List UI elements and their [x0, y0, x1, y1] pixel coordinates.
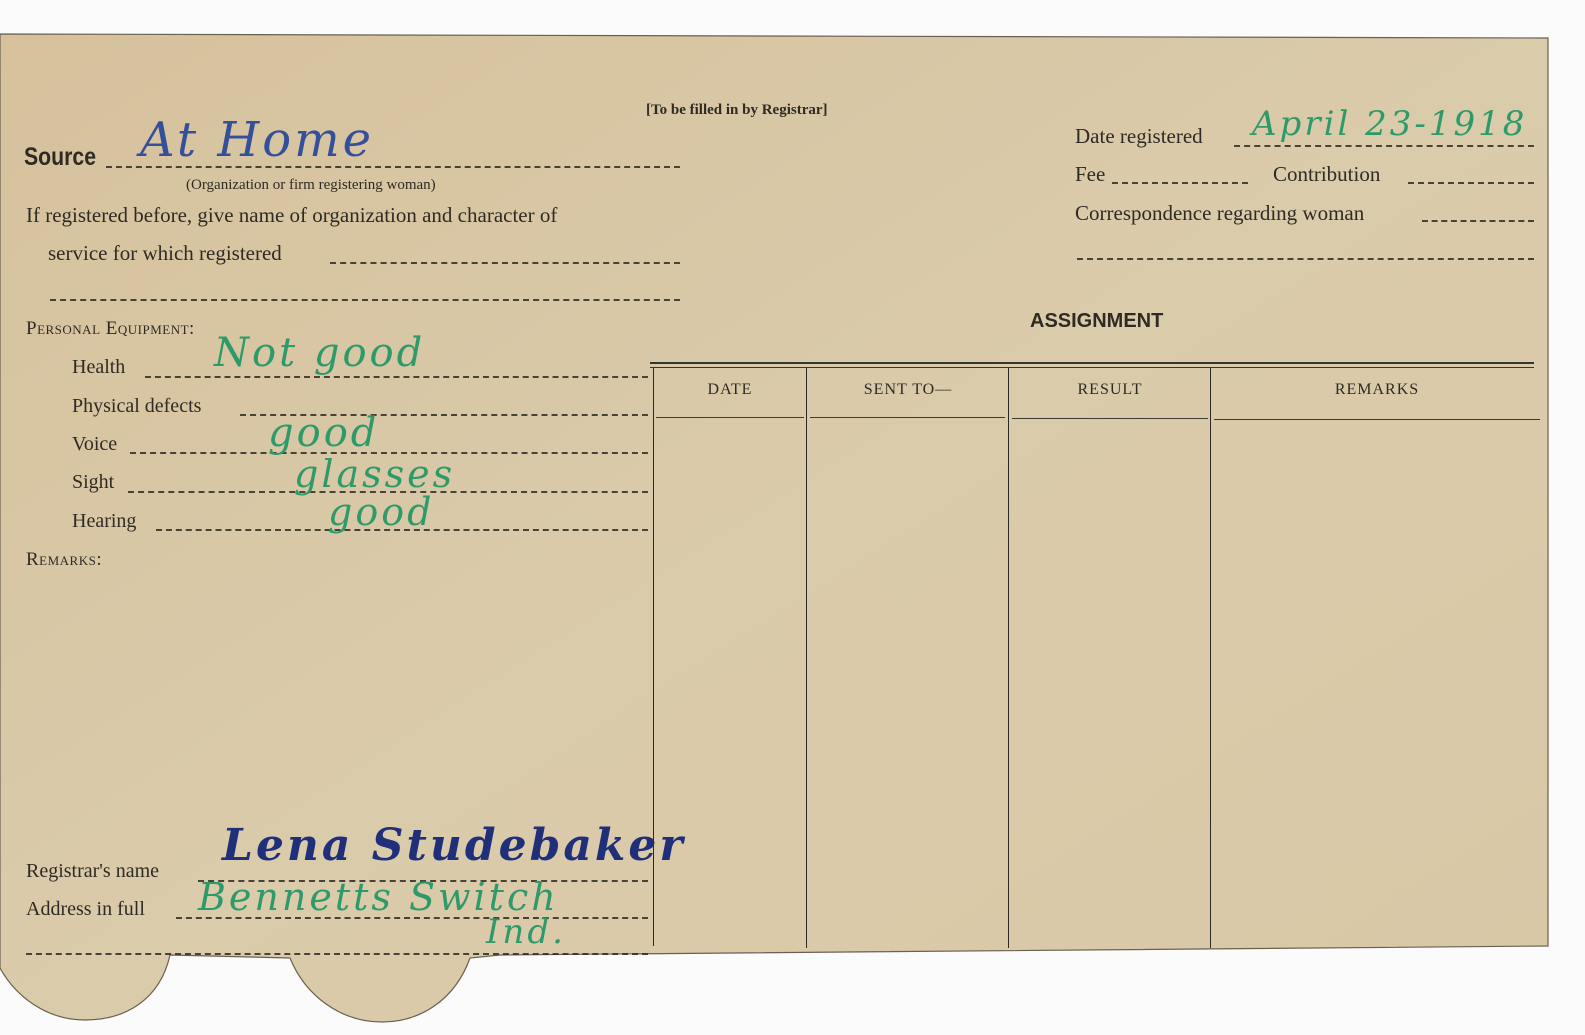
previous-registration-line-2[interactable]: [50, 299, 680, 301]
contribution-label: Contribution: [1273, 162, 1380, 187]
correspondence-line-2[interactable]: [1077, 258, 1534, 260]
health-field[interactable]: Not good: [214, 330, 425, 376]
header-underline-sent-to: [810, 417, 1005, 418]
header-underline-date: [656, 417, 804, 418]
address-field-2[interactable]: Ind.: [486, 912, 566, 952]
column-divider-3: [1210, 368, 1211, 948]
column-header-result: RESULT: [1010, 381, 1210, 399]
voice-field[interactable]: good: [268, 410, 379, 456]
column-header-sent-to: SENT TO—: [808, 381, 1008, 399]
address-label: Address in full: [26, 898, 145, 921]
header-underline-remarks: [1214, 419, 1540, 420]
source-field[interactable]: At Home: [140, 112, 374, 168]
column-header-date: DATE: [655, 381, 805, 399]
source-label: Source: [24, 143, 96, 172]
assignment-top-rule: [650, 362, 1534, 364]
personal-equipment-heading: Personal Equipment:: [26, 318, 195, 340]
health-line: [145, 376, 648, 378]
registrar-name-label: Registrar's name: [26, 860, 159, 883]
registrar-note: [To be filled in by Registrar]: [646, 102, 828, 119]
previous-registration-label-2: service for which registered: [48, 241, 282, 266]
correspondence-field[interactable]: [1422, 220, 1534, 222]
date-registered-field[interactable]: April 23-1918: [1252, 104, 1527, 144]
date-registered-line: [1234, 145, 1534, 147]
column-header-remarks: REMARKS: [1212, 381, 1542, 399]
correspondence-label: Correspondence regarding woman: [1075, 201, 1364, 226]
column-divider-1: [806, 368, 807, 948]
fee-field[interactable]: [1112, 182, 1248, 184]
hearing-label: Hearing: [72, 510, 136, 533]
remarks-heading: Remarks:: [26, 549, 102, 571]
previous-registration-line-1[interactable]: [330, 262, 680, 264]
assignment-result-cell[interactable]: [1012, 422, 1208, 942]
date-registered-label: Date registered: [1075, 124, 1203, 149]
remarks-area[interactable]: [26, 580, 646, 840]
assignment-sent-to-cell[interactable]: [810, 422, 1006, 942]
assignment-title: ASSIGNMENT: [1030, 310, 1163, 333]
previous-registration-label-1: If registered before, give name of organ…: [26, 203, 557, 228]
hearing-field[interactable]: good: [328, 490, 434, 534]
header-underline-result: [1012, 418, 1208, 419]
physical-defects-label: Physical defects: [72, 395, 201, 418]
assignment-top-rule-thin: [650, 367, 1534, 368]
column-divider-2: [1008, 368, 1009, 948]
contribution-field[interactable]: [1408, 182, 1534, 184]
assignment-remarks-cell[interactable]: [1214, 422, 1540, 942]
health-label: Health: [72, 356, 125, 379]
source-caption: (Organization or firm registering woman): [186, 177, 436, 194]
fee-label: Fee: [1075, 162, 1105, 187]
voice-label: Voice: [72, 433, 117, 456]
address-line-2: [26, 953, 648, 955]
sight-label: Sight: [72, 471, 114, 494]
registrar-name-field[interactable]: Lena Studebaker: [222, 820, 686, 871]
